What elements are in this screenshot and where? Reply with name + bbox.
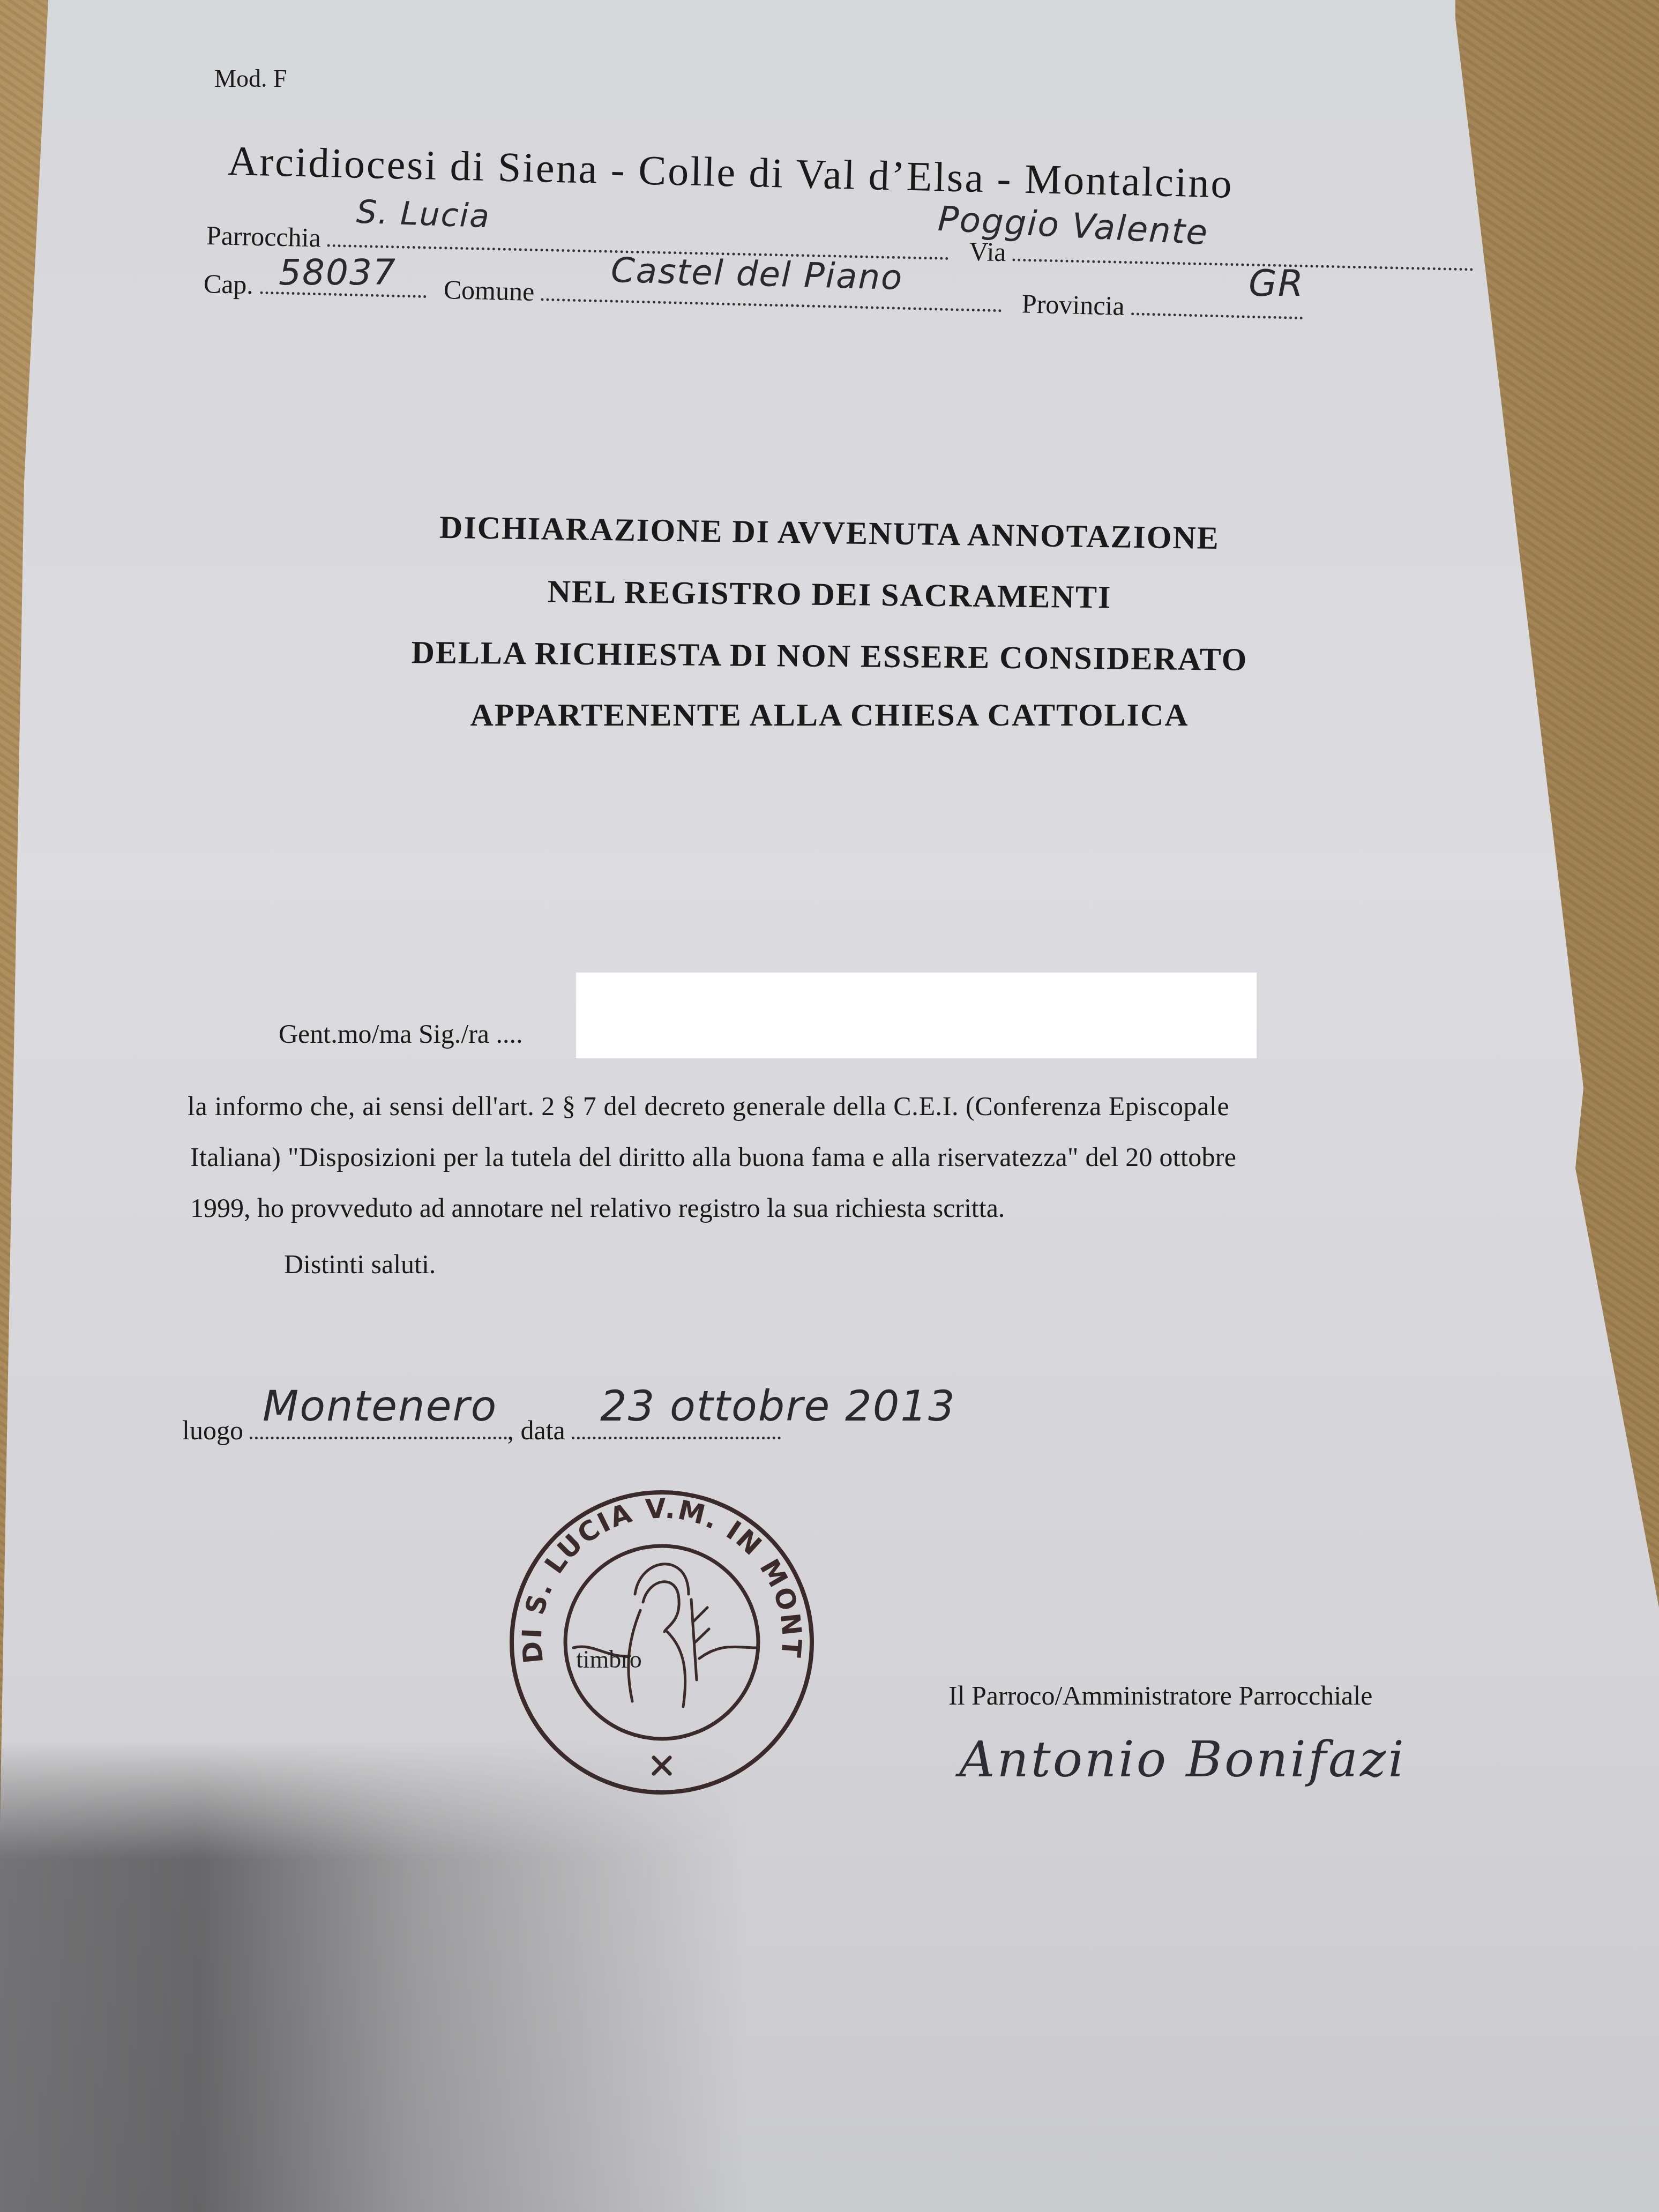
cap-value[interactable]: 58037 [279,252,397,293]
date-label: , data [507,1415,565,1445]
comune-label: Comune [443,274,535,307]
stamp-placeholder-label: timbro [576,1645,642,1673]
cross-mark-icon [654,1758,670,1774]
salutation: Gent.mo/ma Sig./ra .... [279,1018,523,1049]
place-label: luogo [182,1415,243,1445]
provincia-label: Provincia [1021,288,1125,321]
parish-stamp: PIEVE DI S. LUCIA V.M. IN MONTENERO [506,1487,817,1798]
title-line-4: APPARTENENTE ALLA CHIESA CATTOLICA [0,697,1659,734]
date-value[interactable]: 23 ottobre 2013 [600,1382,956,1431]
comune-value[interactable]: Castel del Piano [610,251,903,298]
provincia-dotted-line [1131,307,1303,319]
provincia-value[interactable]: GR [1249,263,1304,305]
body-line-3: 1999, ho provveduto ad annotare nel rela… [190,1192,1005,1223]
closing: Distinti saluti. [284,1249,436,1280]
body-line-2: Italiana) "Disposizioni per la tutela de… [190,1141,1236,1172]
stamp-text: PIEVE DI S. LUCIA V.M. IN MONTENERO [506,1487,808,1665]
parrocchia-value[interactable]: S. Lucia [356,193,491,236]
form-code: Mod. F [214,64,287,93]
parrocchia-label: Parrocchia [206,220,321,252]
body-line-1: la informo che, ai sensi dell'art. 2 § 7… [188,1090,1229,1122]
date-dotted-line [572,1431,781,1439]
place-value[interactable]: Montenero [263,1382,497,1431]
recipient-name-redacted [576,973,1257,1058]
via-dotted-line [1013,253,1474,271]
signature: Antonio Bonifazi [959,1731,1406,1788]
cap-label: Cap. [203,268,253,300]
signatory-label: Il Parroco/Amministratore Parrocchiale [948,1680,1372,1711]
place-dotted-line [250,1431,507,1439]
saint-lucia-figure-icon [573,1564,758,1707]
